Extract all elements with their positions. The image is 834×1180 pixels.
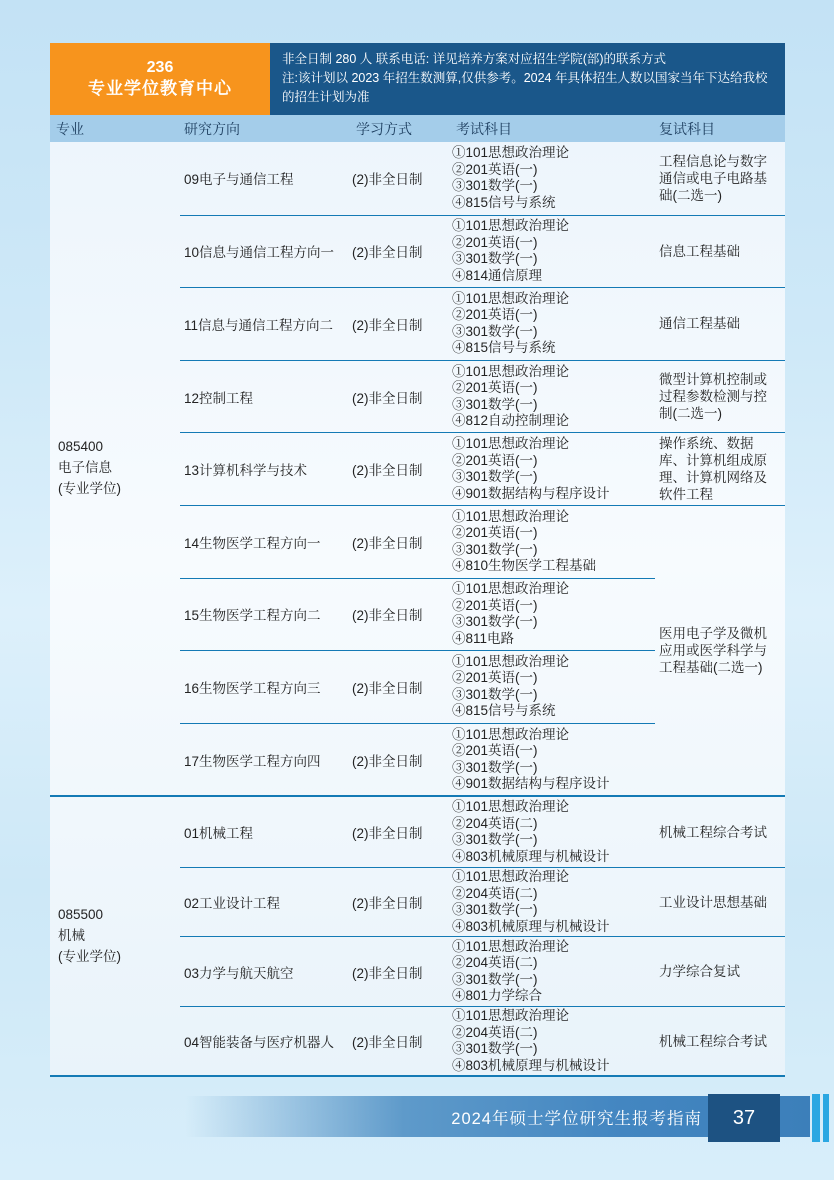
retest-cell: 信息工程基础 xyxy=(655,215,785,288)
exam-subjects-cell: ①101思想政治理论 ②204英语(二) ③301数学(一) ④803机械原理与… xyxy=(452,797,655,867)
subject-line: ②201英语(一) xyxy=(452,598,655,615)
subject-line: ④815信号与系统 xyxy=(452,340,655,357)
major-cell: 085400 电子信息 (专业学位) xyxy=(50,142,180,795)
study-mode-cell: (2)非全日制 xyxy=(352,432,452,505)
subject-line: ③301数学(一) xyxy=(452,614,655,631)
direction-cell: 13计算机科学与技术 xyxy=(180,432,352,505)
study-mode-cell: (2)非全日制 xyxy=(352,867,452,937)
study-mode-cell: (2)非全日制 xyxy=(352,797,452,867)
subject-line: ④901数据结构与程序设计 xyxy=(452,486,655,503)
retest-cell: 微型计算机控制或过程参数检测与控制(二选一) xyxy=(655,360,785,433)
footer-title: 2024年硕士学位研究生报考指南 xyxy=(451,1105,702,1129)
direction-cell: 09电子与通信工程 xyxy=(180,142,352,215)
exam-subjects-cell: ①101思想政治理论 ②201英语(一) ③301数学(一) ④815信号与系统 xyxy=(452,287,655,360)
banner: 236 专业学位教育中心 非全日制 280 人 联系电话: 详见培养方案对应招生… xyxy=(50,43,785,115)
exam-subjects-cell: ①101思想政治理论 ②201英语(一) ③301数学(一) ④815信号与系统 xyxy=(452,142,655,215)
major-cell: 085500 机械 (专业学位) xyxy=(50,797,180,1075)
subject-line: ②204英语(二) xyxy=(452,1025,655,1042)
page-number: 37 xyxy=(733,1107,755,1130)
retest-cell: 机械工程综合考试 xyxy=(655,797,785,867)
subject-line: ①101思想政治理论 xyxy=(452,291,655,308)
program-table: 236 专业学位教育中心 非全日制 280 人 联系电话: 详见培养方案对应招生… xyxy=(50,43,785,1077)
subject-line: ②201英语(一) xyxy=(452,380,655,397)
direction-cell: 16生物医学工程方向三 xyxy=(180,650,352,723)
retest-cell: 工业设计思想基础 xyxy=(655,867,785,937)
study-mode-cell: (2)非全日制 xyxy=(352,505,452,578)
subject-line: ②204英语(二) xyxy=(452,886,655,903)
subject-line: ②201英语(一) xyxy=(452,743,655,760)
study-mode-cell: (2)非全日制 xyxy=(352,287,452,360)
document-page: { "colors": { "accent_orange": "#f7941d"… xyxy=(0,0,834,1180)
direction-cell: 02工业设计工程 xyxy=(180,867,352,937)
subject-line: ④803机械原理与机械设计 xyxy=(452,919,655,936)
subject-line: ④811电路 xyxy=(452,631,655,648)
direction-cell: 10信息与通信工程方向一 xyxy=(180,215,352,288)
exam-subjects-cell: ①101思想政治理论 ②204英语(二) ③301数学(一) ④801力学综合 xyxy=(452,936,655,1006)
subject-line: ④801力学综合 xyxy=(452,988,655,1005)
direction-cell: 14生物医学工程方向一 xyxy=(180,505,352,578)
column-header-major: 专业 xyxy=(50,119,180,139)
subject-line: ③301数学(一) xyxy=(452,178,655,195)
subject-line: ①101思想政治理论 xyxy=(452,436,655,453)
exam-subjects-cell: ①101思想政治理论 ②201英语(一) ③301数学(一) ④810生物医学工… xyxy=(452,505,655,578)
study-mode-cell: (2)非全日制 xyxy=(352,650,452,723)
exam-subjects-cell: ①101思想政治理论 ②201英语(一) ③301数学(一) ④811电路 xyxy=(452,578,655,651)
major-name: 电子信息 xyxy=(58,458,180,479)
exam-subjects-cell: ①101思想政治理论 ②201英语(一) ③301数学(一) ④901数据结构与… xyxy=(452,432,655,505)
subject-line: ③301数学(一) xyxy=(452,972,655,989)
exam-subjects-cell: ①101思想政治理论 ②201英语(一) ③301数学(一) ④901数据结构与… xyxy=(452,723,655,796)
retest-cell: 通信工程基础 xyxy=(655,287,785,360)
center-code: 236 xyxy=(147,58,174,79)
subject-line: ②201英语(一) xyxy=(452,525,655,542)
study-mode-cell: (2)非全日制 xyxy=(352,142,452,215)
major-degree: (专业学位) xyxy=(58,947,180,968)
subject-line: ①101思想政治理论 xyxy=(452,654,655,671)
exam-subjects-cell: ①101思想政治理论 ②201英语(一) ③301数学(一) ④814通信原理 xyxy=(452,215,655,288)
subject-line: ②201英语(一) xyxy=(452,670,655,687)
center-header: 236 专业学位教育中心 xyxy=(50,43,270,115)
column-header-row: 专业 研究方向 学习方式 考试科目 复试科目 xyxy=(50,115,785,142)
major-code: 085400 xyxy=(58,437,180,458)
direction-cell: 01机械工程 xyxy=(180,797,352,867)
major-degree: (专业学位) xyxy=(58,479,180,500)
subject-line: ①101思想政治理论 xyxy=(452,364,655,381)
subject-line: ③301数学(一) xyxy=(452,832,655,849)
retest-cell: 力学综合复试 xyxy=(655,936,785,1006)
section-085500: 085500 机械 (专业学位) 01机械工程 (2)非全日制 ①101思想政治… xyxy=(50,795,785,1075)
subject-line: ②201英语(一) xyxy=(452,235,655,252)
subject-line: ③301数学(一) xyxy=(452,1041,655,1058)
direction-cell: 04智能装备与医疗机器人 xyxy=(180,1006,352,1076)
subject-line: ③301数学(一) xyxy=(452,760,655,777)
center-name: 专业学位教育中心 xyxy=(88,78,232,100)
study-mode-cell: (2)非全日制 xyxy=(352,1006,452,1076)
subject-line: ①101思想政治理论 xyxy=(452,218,655,235)
subject-line: ①101思想政治理论 xyxy=(452,727,655,744)
study-mode-cell: (2)非全日制 xyxy=(352,936,452,1006)
column-header-retest: 复试科目 xyxy=(655,119,785,139)
study-mode-cell: (2)非全日制 xyxy=(352,215,452,288)
subject-line: ②204英语(二) xyxy=(452,816,655,833)
subject-line: ②201英语(一) xyxy=(452,453,655,470)
exam-subjects-cell: ①101思想政治理论 ②201英语(一) ③301数学(一) ④815信号与系统 xyxy=(452,650,655,723)
direction-cell: 12控制工程 xyxy=(180,360,352,433)
subject-line: ④810生物医学工程基础 xyxy=(452,558,655,575)
subject-line: ①101思想政治理论 xyxy=(452,509,655,526)
subject-line: ④901数据结构与程序设计 xyxy=(452,776,655,793)
exam-subjects-cell: ①101思想政治理论 ②201英语(一) ③301数学(一) ④812自动控制理… xyxy=(452,360,655,433)
subject-line: ④812自动控制理论 xyxy=(452,413,655,430)
footer-stripe-icon xyxy=(812,1094,820,1142)
page-number-box: 37 xyxy=(708,1094,780,1142)
direction-cell: 15生物医学工程方向二 xyxy=(180,578,352,651)
column-header-exam: 考试科目 xyxy=(452,119,655,139)
subject-line: ④803机械原理与机械设计 xyxy=(452,849,655,866)
subject-line: ③301数学(一) xyxy=(452,469,655,486)
note-box: 非全日制 280 人 联系电话: 详见培养方案对应招生学院(部)的联系方式 注:… xyxy=(270,43,785,115)
retest-cell-merged: 医用电子学及微机应用或医学科学与工程基础(二选一) xyxy=(655,505,785,795)
note-line-1: 非全日制 280 人 联系电话: 详见培养方案对应招生学院(部)的联系方式 xyxy=(282,50,775,69)
major-name: 机械 xyxy=(58,926,180,947)
subject-line: ①101思想政治理论 xyxy=(452,1008,655,1025)
study-mode-cell: (2)非全日制 xyxy=(352,578,452,651)
column-header-mode: 学习方式 xyxy=(352,119,452,139)
retest-cell: 操作系统、数据库、计算机组成原理、计算机网络及软件工程 xyxy=(655,432,785,505)
subject-line: ④815信号与系统 xyxy=(452,703,655,720)
retest-cell: 机械工程综合考试 xyxy=(655,1006,785,1076)
subject-line: ③301数学(一) xyxy=(452,251,655,268)
direction-cell: 03力学与航天航空 xyxy=(180,936,352,1006)
study-mode-cell: (2)非全日制 xyxy=(352,723,452,796)
table-body: 085400 电子信息 (专业学位) 09电子与通信工程 (2)非全日制 ①10… xyxy=(50,142,785,1077)
subject-line: ④803机械原理与机械设计 xyxy=(452,1058,655,1075)
subject-line: ③301数学(一) xyxy=(452,542,655,559)
subject-line: ④815信号与系统 xyxy=(452,195,655,212)
subject-line: ①101思想政治理论 xyxy=(452,939,655,956)
section-085400: 085400 电子信息 (专业学位) 09电子与通信工程 (2)非全日制 ①10… xyxy=(50,142,785,795)
subject-line: ①101思想政治理论 xyxy=(452,581,655,598)
subject-line: ③301数学(一) xyxy=(452,397,655,414)
subject-line: ①101思想政治理论 xyxy=(452,145,655,162)
retest-cell: 工程信息论与数字通信或电子电路基础(二选一) xyxy=(655,142,785,215)
exam-subjects-cell: ①101思想政治理论 ②204英语(二) ③301数学(一) ④803机械原理与… xyxy=(452,1006,655,1076)
study-mode-cell: (2)非全日制 xyxy=(352,360,452,433)
subject-line: ③301数学(一) xyxy=(452,687,655,704)
subject-line: ③301数学(一) xyxy=(452,902,655,919)
footer-stripe-icon xyxy=(823,1094,829,1142)
exam-subjects-cell: ①101思想政治理论 ②204英语(二) ③301数学(一) ④803机械原理与… xyxy=(452,867,655,937)
subject-line: ①101思想政治理论 xyxy=(452,799,655,816)
major-code: 085500 xyxy=(58,905,180,926)
direction-cell: 17生物医学工程方向四 xyxy=(180,723,352,796)
subject-line: ④814通信原理 xyxy=(452,268,655,285)
direction-cell: 11信息与通信工程方向二 xyxy=(180,287,352,360)
column-header-direction: 研究方向 xyxy=(180,119,352,139)
subject-line: ①101思想政治理论 xyxy=(452,869,655,886)
note-line-2: 注:该计划以 2023 年招生数测算,仅供参考。2024 年具体招生人数以国家当… xyxy=(282,69,775,107)
subject-line: ②201英语(一) xyxy=(452,307,655,324)
subject-line: ②201英语(一) xyxy=(452,162,655,179)
subject-line: ③301数学(一) xyxy=(452,324,655,341)
subject-line: ②204英语(二) xyxy=(452,955,655,972)
